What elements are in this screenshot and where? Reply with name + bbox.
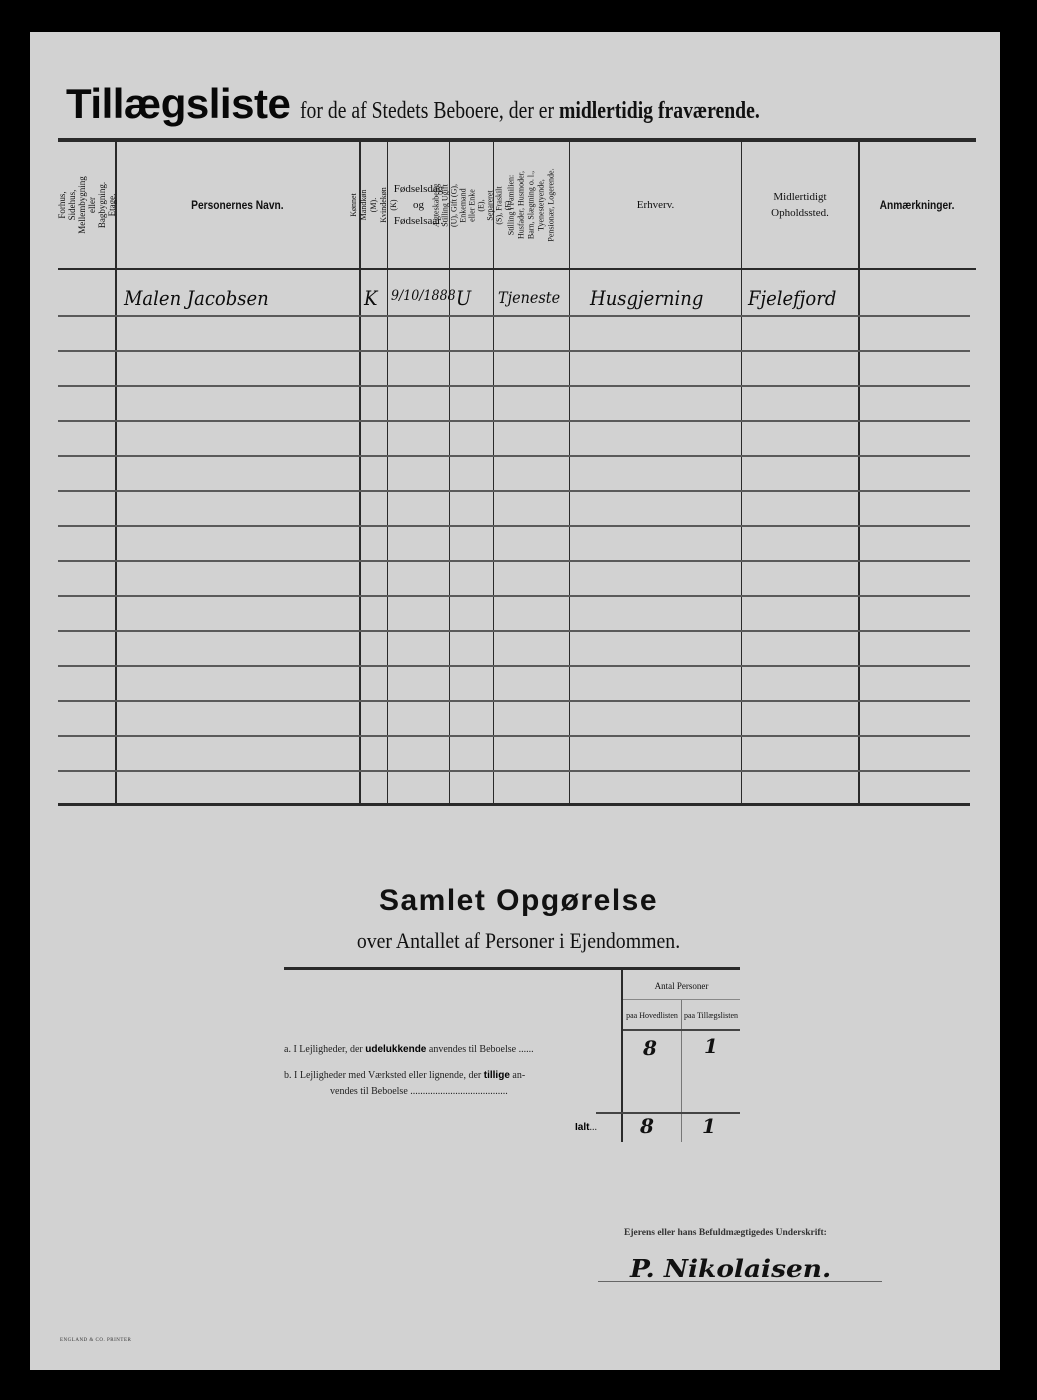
summary-total-label: Ialt... <box>575 1122 597 1133</box>
summary-title: Samlet Opgørelse <box>0 884 1037 918</box>
header-occupation: Erhverv. <box>570 142 741 268</box>
cell-residence: Fjelefjord <box>748 286 836 310</box>
summary-row-b-label-2: vendes til Beboelse ....................… <box>330 1086 508 1097</box>
header-building: Forhus, Sidehus, Mellembygning eller Bag… <box>58 142 115 268</box>
header-marital: Ægteskabelig Stilling Ugift (U), Gift (G… <box>450 142 493 268</box>
title-main: Tillægsliste <box>66 80 290 127</box>
header-sex: Kønnet Mandkøn (M). Kvindekøn (K) <box>360 142 387 268</box>
signature-value: P. Nikolaisen. <box>630 1254 831 1283</box>
summary-row-a-main: 8 <box>643 1036 657 1060</box>
row-rule <box>58 560 970 562</box>
summary-row-a-supp: 1 <box>704 1034 718 1058</box>
cell-birth: 9/10/1888 <box>391 288 456 304</box>
cell-name: Malen Jacobsen <box>124 286 269 310</box>
title-subtitle: for de af Stedets Beboere, der er midler… <box>300 98 760 125</box>
table-bottom-rule <box>58 803 970 806</box>
signature-line <box>598 1281 882 1282</box>
table-header-rule <box>58 268 976 270</box>
form-title: Tillægsliste for de af Stedets Beboere, … <box>66 80 861 128</box>
summary-header-group: Antal Personer <box>623 975 740 997</box>
summary-total-main: 8 <box>640 1114 654 1138</box>
summary-row-b-label: b. I Lejligheder med Værksted eller lign… <box>284 1070 525 1081</box>
row-rule <box>58 735 970 737</box>
summary-top-rule <box>284 967 740 970</box>
printer-mark: ENGLAND & CO. PRINTER <box>60 1338 131 1343</box>
row-rule <box>58 420 970 422</box>
summary-rule <box>623 999 740 1000</box>
cell-marital: U <box>456 286 471 310</box>
row-rule <box>58 315 970 317</box>
summary-rule <box>596 1112 740 1114</box>
signature-label: Ejerens eller hans Befuldmægtigedes Unde… <box>624 1228 827 1238</box>
row-rule <box>58 665 970 667</box>
cell-occupation: Husgjerning <box>590 286 703 310</box>
row-rule <box>58 630 970 632</box>
header-name: Personernes Navn. <box>116 142 359 268</box>
summary-row-a-label: a. I Lejligheder, der udelukkende anvend… <box>284 1044 534 1055</box>
row-rule <box>58 490 970 492</box>
row-rule <box>58 525 970 527</box>
cell-sex: K <box>364 286 377 310</box>
summary-rule <box>623 1029 740 1031</box>
row-rule <box>58 700 970 702</box>
row-rule <box>58 595 970 597</box>
row-rule <box>58 350 970 352</box>
summary-header-main: paa Hovedlisten <box>623 1001 681 1029</box>
header-remarks: Anmærkninger. <box>859 142 976 268</box>
summary-subtitle: over Antallet af Personer i Ejendommen. <box>52 928 985 954</box>
row-rule <box>58 385 970 387</box>
row-rule <box>58 770 970 772</box>
summary-header-supp: paa Tillægslisten <box>682 1001 740 1029</box>
cell-family: Tjeneste <box>498 288 560 307</box>
header-family: Stilling i Familien: Husfader, Husmoder,… <box>494 142 569 268</box>
header-residence: Midlertidigt Opholdssted. <box>742 142 858 268</box>
row-rule <box>58 455 970 457</box>
summary-total-supp: 1 <box>702 1114 716 1138</box>
